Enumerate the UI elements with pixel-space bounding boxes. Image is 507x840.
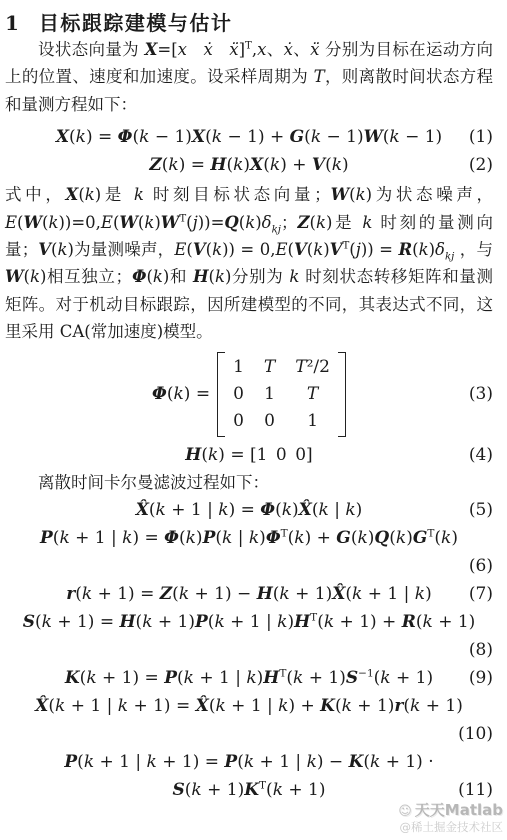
equation-3-lhs: Φ(k) =: [152, 381, 210, 408]
equation-8-number-line: (8): [5, 636, 493, 664]
equation-4-body: H(k) = [1 0 0]: [185, 445, 312, 465]
matrix-left-bracket: [217, 352, 225, 437]
equation-5: X̂(k + 1 | k) = Φ(k)X̂(k | k) (5): [5, 496, 493, 524]
equation-11-number: (11): [458, 776, 493, 804]
matrix-cell: T: [264, 354, 275, 381]
equation-9: K(k + 1) = P(k + 1 | k)HT(k + 1)S−1(k + …: [5, 664, 493, 692]
equation-6-number-line: (6): [5, 552, 493, 580]
equation-4: H(k) = [1 0 0] (4): [5, 441, 493, 469]
equation-3: Φ(k) = 1 T T²/2 0 1 T 0 0 1 (3): [5, 352, 493, 437]
equation-10-number-line: (10): [5, 720, 493, 748]
watermark-line1: ☺天天Matlab: [398, 802, 503, 820]
matrix-cells: 1 T T²/2 0 1 T 0 0 1: [225, 352, 338, 437]
equation-5-number: (5): [469, 496, 493, 524]
matrix-right-bracket: [338, 352, 346, 437]
equation-2-number: (2): [469, 151, 493, 179]
equation-11-line2: S(k + 1)KT(k + 1) (11): [5, 776, 493, 804]
equation-1: X(k) = Φ(k − 1)X(k − 1) + G(k − 1)W(k − …: [5, 123, 493, 151]
equation-1-body: X(k) = Φ(k − 1)X(k − 1) + G(k − 1)W(k − …: [56, 127, 442, 147]
equation-8: S(k + 1) = H(k + 1)P(k + 1 | k)HT(k + 1)…: [5, 608, 493, 636]
matrix-cell: 0: [264, 408, 275, 435]
equation-6: P(k + 1 | k) = Φ(k)P(k | k)ΦT(k) + G(k)Q…: [5, 524, 493, 552]
equation-2: Z(k) = H(k)X(k) + V(k) (2): [5, 151, 493, 179]
transition-matrix: 1 T T²/2 0 1 T 0 0 1: [217, 352, 346, 437]
equation-3-number: (3): [469, 384, 493, 404]
watermark: ☺天天Matlab @稀土掘金技术社区: [398, 802, 503, 834]
paragraph-symbol-definitions: 式中，X(k)是 k 时刻目标状态向量；W(k)为状态噪声，E(W(k))=0,…: [5, 181, 493, 345]
equation-6-body: P(k + 1 | k) = Φ(k)P(k | k)ΦT(k) + G(k)Q…: [40, 528, 458, 548]
paragraph-state-vector: 设状态向量为 X=[x ẋ ẍ]T,x、ẋ、ẍ 分别为目标在运动方向上的位置、速…: [5, 36, 493, 118]
matrix-cell: 0: [233, 381, 244, 408]
paragraph-kalman-intro: 离散时间卡尔曼滤波过程如下：: [5, 469, 493, 496]
equation-7-body: r(k + 1) = Z(k + 1) − H(k + 1)X̂(k + 1 |…: [66, 584, 431, 604]
equation-7: r(k + 1) = Z(k + 1) − H(k + 1)X̂(k + 1 |…: [5, 580, 493, 608]
section-heading: 1目标跟踪建模与估计: [5, 7, 493, 36]
equation-6-number: (6): [469, 552, 493, 580]
equation-2-body: Z(k) = H(k)X(k) + V(k): [149, 155, 348, 175]
equation-9-number: (9): [469, 664, 493, 692]
equation-5-body: X̂(k + 1 | k) = Φ(k)X̂(k | k): [136, 500, 363, 520]
equation-11-body-line2: S(k + 1)KT(k + 1): [173, 780, 326, 800]
matrix-cell: T²/2: [295, 354, 330, 381]
matrix-cell: T: [295, 381, 330, 408]
equation-1-number: (1): [469, 123, 493, 151]
section-number: 1: [5, 11, 19, 35]
equation-4-number: (4): [469, 441, 493, 469]
section-title: 目标跟踪建模与估计: [39, 11, 233, 35]
watermark-line2: @稀土掘金技术社区: [398, 820, 503, 834]
equation-9-body: K(k + 1) = P(k + 1 | k)HT(k + 1)S−1(k + …: [65, 668, 433, 688]
equation-11-body-line1: P(k + 1 | k + 1) = P(k + 1 | k) − K(k + …: [64, 752, 433, 772]
matrix-cell: 1: [295, 408, 330, 435]
paper-page: 1目标跟踪建模与估计 设状态向量为 X=[x ẋ ẍ]T,x、ẋ、ẍ 分别为目标…: [0, 0, 507, 840]
equation-8-number: (8): [469, 636, 493, 664]
equation-10-body: X̂(k + 1 | k + 1) = X̂(k + 1 | k) + K(k …: [35, 696, 463, 716]
equation-7-number: (7): [469, 580, 493, 608]
equation-11-line1: P(k + 1 | k + 1) = P(k + 1 | k) − K(k + …: [5, 748, 493, 776]
watermark-smiley-icon: ☺: [398, 804, 412, 819]
matrix-cell: 1: [233, 354, 244, 381]
matrix-cell: 0: [233, 408, 244, 435]
equation-10-number: (10): [458, 720, 493, 748]
equation-8-body: S(k + 1) = H(k + 1)P(k + 1 | k)HT(k + 1)…: [23, 612, 476, 632]
matrix-cell: 1: [264, 381, 275, 408]
equation-10: X̂(k + 1 | k + 1) = X̂(k + 1 | k) + K(k …: [5, 692, 493, 720]
